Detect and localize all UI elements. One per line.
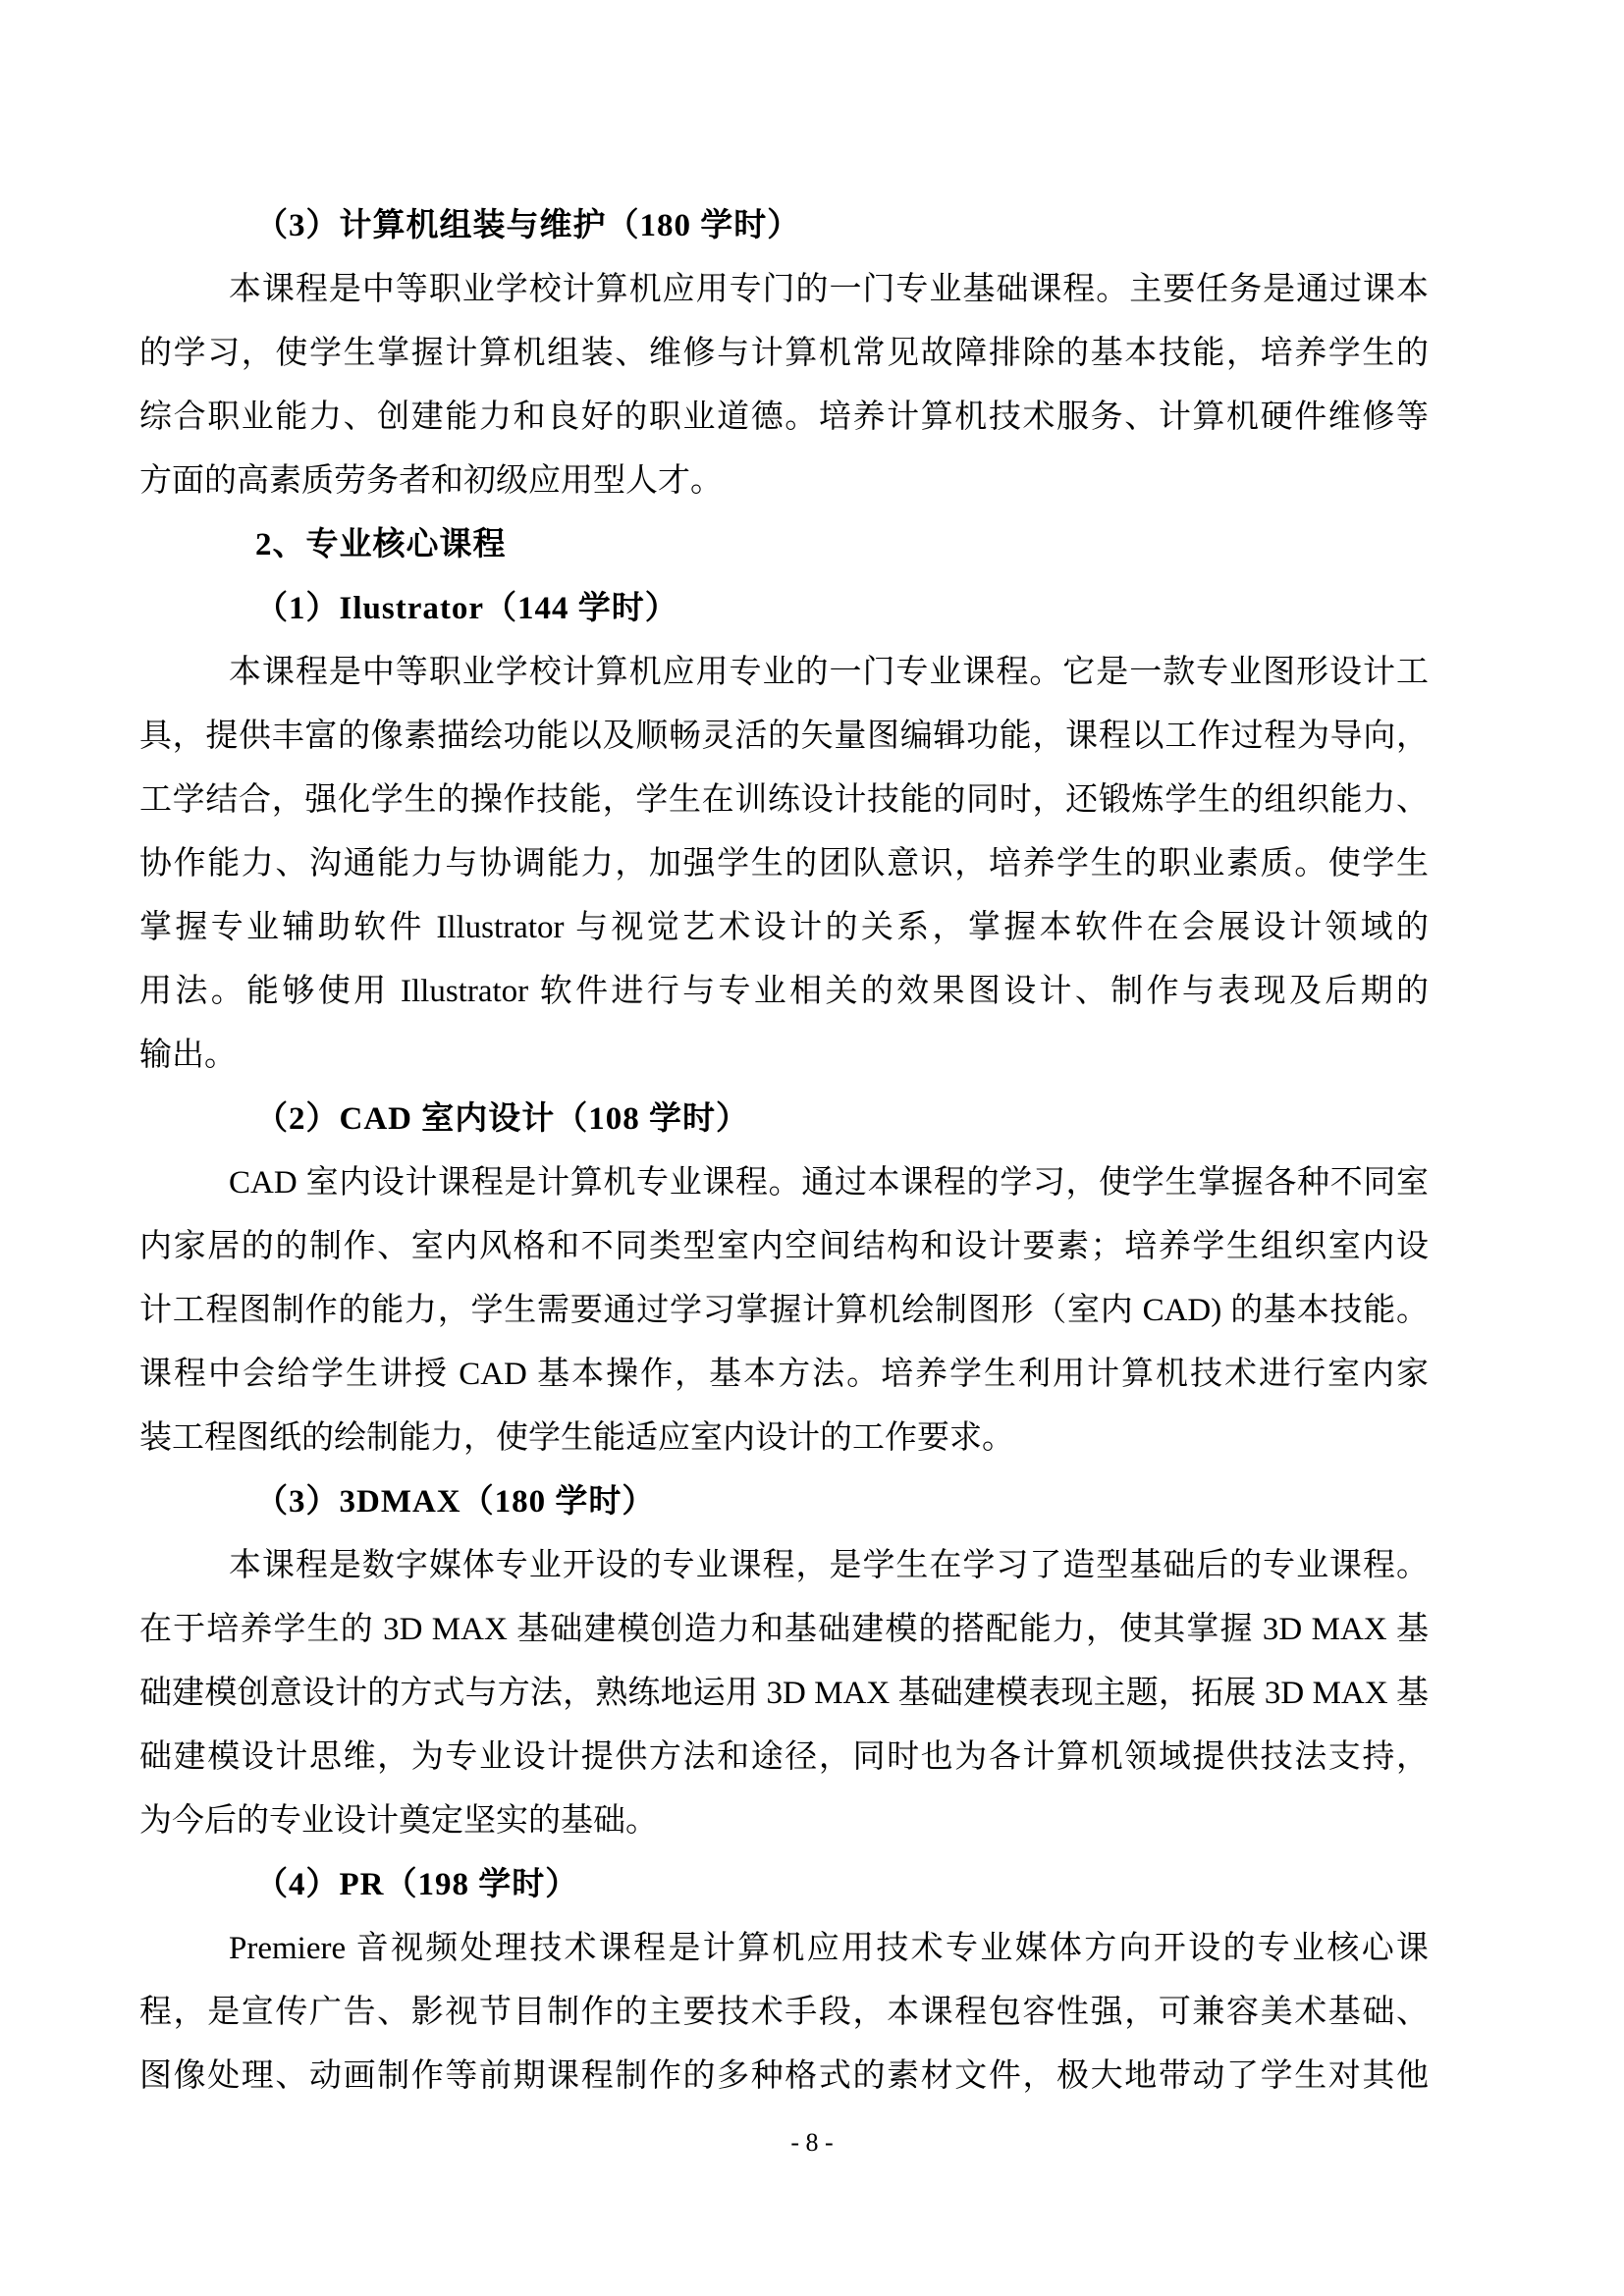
- document-body: （3）计算机组装与维护（180 学时）本课程是中等职业学校计算机应用专门的一门专…: [139, 194, 1429, 2109]
- paragraph: 本课程是中等职业学校计算机应用专业的一门专业课程。它是一款专业图形设计工具，提供…: [139, 641, 1429, 1088]
- text-line: 为今后的专业设计奠定坚实的基础。: [139, 1789, 1429, 1853]
- text-line: 方面的高素质劳务者和初级应用型人才。: [139, 450, 1429, 513]
- text-line: 工学结合，强化学生的操作技能，学生在训练设计技能的同时，还锻炼学生的组织能力、: [139, 769, 1429, 832]
- text-line: 本课程是中等职业学校计算机应用专业的一门专业课程。它是一款专业图形设计工: [139, 641, 1429, 705]
- text-line: 本课程是数字媒体专业开设的专业课程，是学生在学习了造型基础后的专业课程。: [139, 1534, 1429, 1598]
- section-heading: 2、专业核心课程: [139, 513, 1429, 577]
- text-line: 计工程图制作的能力，学生需要通过学习掌握计算机绘制图形（室内 CAD) 的基本技…: [139, 1279, 1429, 1343]
- text-line: 装工程图纸的绘制能力，使学生能适应室内设计的工作要求。: [139, 1407, 1429, 1470]
- paragraph: 本课程是中等职业学校计算机应用专门的一门专业基础课程。主要任务是通过课本的学习，…: [139, 258, 1429, 513]
- section-heading: （2）CAD 室内设计（108 学时）: [139, 1088, 1429, 1151]
- text-line: 图像处理、动画制作等前期课程制作的多种格式的素材文件，极大地带动了学生对其他: [139, 2045, 1429, 2109]
- text-line: 本课程是中等职业学校计算机应用专门的一门专业基础课程。主要任务是通过课本: [139, 258, 1429, 322]
- paragraph: CAD 室内设计课程是计算机专业课程。通过本课程的学习，使学生掌握各种不同室内家…: [139, 1151, 1429, 1470]
- text-line: 内家居的的制作、室内风格和不同类型室内空间结构和设计要素；培养学生组织室内设: [139, 1215, 1429, 1279]
- document-page: （3）计算机组装与维护（180 学时）本课程是中等职业学校计算机应用专门的一门专…: [0, 0, 1624, 2296]
- text-line: 掌握专业辅助软件 Illustrator 与视觉艺术设计的关系，掌握本软件在会展…: [139, 896, 1429, 960]
- text-line: 协作能力、沟通能力与协调能力，加强学生的团队意识，培养学生的职业素质。使学生: [139, 832, 1429, 896]
- text-line: Premiere 音视频处理技术课程是计算机应用技术专业媒体方向开设的专业核心课: [139, 1917, 1429, 1981]
- text-line: 输出。: [139, 1024, 1429, 1088]
- text-line: 综合职业能力、创建能力和良好的职业道德。培养计算机技术服务、计算机硬件维修等: [139, 386, 1429, 450]
- text-line: CAD 室内设计课程是计算机专业课程。通过本课程的学习，使学生掌握各种不同室: [139, 1151, 1429, 1215]
- text-line: 础建模设计思维，为专业设计提供方法和途径，同时也为各计算机领域提供技法支持，: [139, 1726, 1429, 1789]
- text-line: 具，提供丰富的像素描绘功能以及顺畅灵活的矢量图编辑功能，课程以工作过程为导向，: [139, 705, 1429, 769]
- paragraph: Premiere 音视频处理技术课程是计算机应用技术专业媒体方向开设的专业核心课…: [139, 1917, 1429, 2109]
- paragraph: 本课程是数字媒体专业开设的专业课程，是学生在学习了造型基础后的专业课程。在于培养…: [139, 1534, 1429, 1853]
- text-line: 础建模创意设计的方式与方法，熟练地运用 3D MAX 基础建模表现主题，拓展 3…: [139, 1662, 1429, 1726]
- text-line: 在于培养学生的 3D MAX 基础建模创造力和基础建模的搭配能力，使其掌握 3D…: [139, 1598, 1429, 1662]
- section-heading: （3）3DMAX（180 学时）: [139, 1470, 1429, 1534]
- section-heading: （3）计算机组装与维护（180 学时）: [139, 194, 1429, 258]
- text-line: 程，是宣传广告、影视节目制作的主要技术手段，本课程包容性强，可兼容美术基础、: [139, 1981, 1429, 2045]
- page-number: - 8 -: [0, 2126, 1624, 2160]
- text-line: 的学习，使学生掌握计算机组装、维修与计算机常见故障排除的基本技能，培养学生的: [139, 322, 1429, 386]
- section-heading: （1）Ilustrator（144 学时）: [139, 577, 1429, 641]
- text-line: 用法。能够使用 Illustrator 软件进行与专业相关的效果图设计、制作与表…: [139, 960, 1429, 1024]
- section-heading: （4）PR（198 学时）: [139, 1853, 1429, 1917]
- text-line: 课程中会给学生讲授 CAD 基本操作，基本方法。培养学生利用计算机技术进行室内家: [139, 1343, 1429, 1407]
